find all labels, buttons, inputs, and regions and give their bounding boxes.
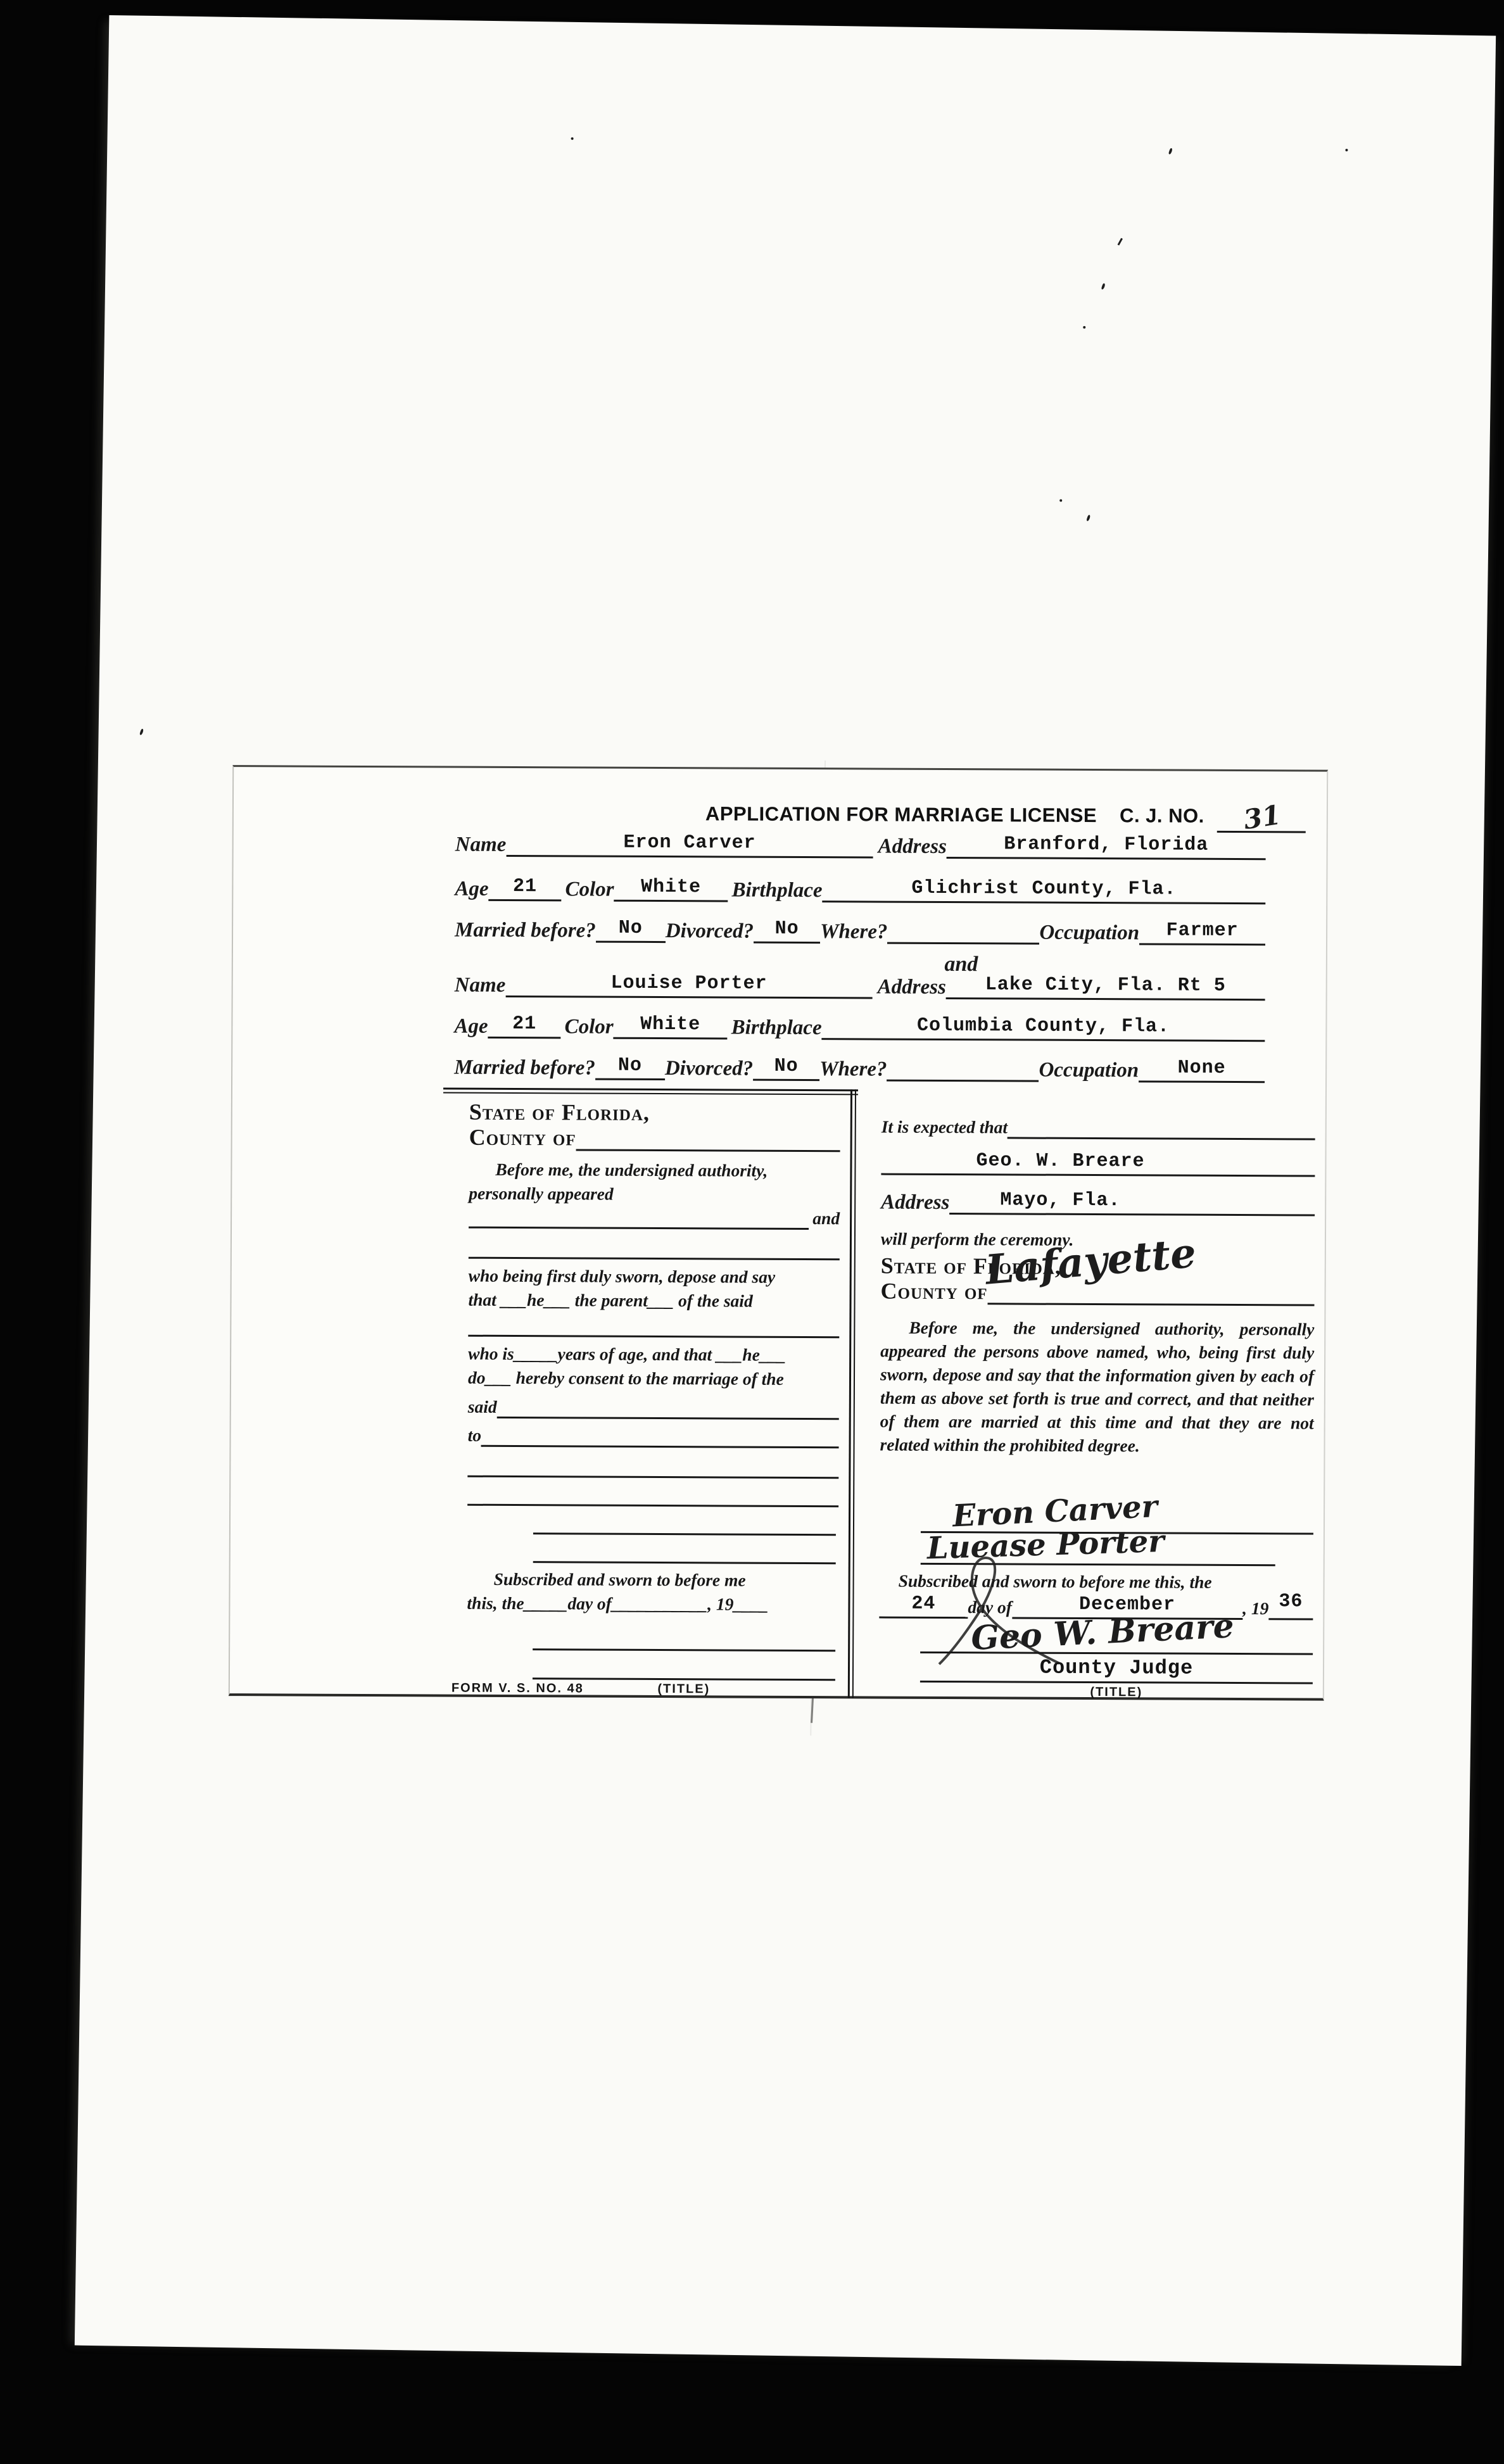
applicant2-address: Lake City, Fla. Rt 5 [985,974,1226,997]
applicant2-divorced: No [774,1056,799,1077]
name-label: Name [455,833,507,857]
case-number-field: 31 [1217,798,1306,833]
address-label: Address [878,835,947,859]
left-said-label: said [468,1395,497,1418]
left-title-caption: (TITLE) [533,1681,835,1697]
applicant2-age-row: Age 21 Color White Birthplace Columbia C… [454,1013,1265,1042]
left-state-heading: State of Florida, [469,1099,650,1126]
left-paragraph-line1: Before me, the undersigned authority, [469,1158,842,1183]
left-to-label: to [468,1424,482,1447]
name-label: Name [455,974,506,997]
left-county-label: County of [469,1124,576,1151]
section-top-rule [443,1088,858,1096]
dust-speck [1086,515,1090,522]
left-blank-and-row: and [469,1205,840,1230]
applicant1-divorced: No [775,918,799,940]
left-said-row: said [468,1395,839,1420]
dust-speck [1059,499,1062,502]
applicant2-color: White [640,1014,700,1035]
applicant1-age: 21 [513,876,537,897]
name-field: Louise Porter [505,972,873,999]
right-expected-row: It is expected that [882,1115,1315,1140]
color-field: White [614,876,728,902]
right-address-row: Address Mayo, Fla. [881,1189,1315,1216]
form-title: APPLICATION FOR MARRIAGE LICENSE [705,802,1097,827]
occupation-label: Occupation [1039,1059,1139,1083]
left-and-word: and [812,1206,840,1230]
expected-field [1008,1120,1315,1140]
age-field: 21 [488,876,561,902]
left-paragraph-line4: that ___he___ the parent___ of the said [468,1288,752,1313]
married-before-label: Married before? [455,919,596,943]
right-title-caption: (TITLE) [920,1684,1313,1701]
applicant2-birthplace: Columbia County, Fla. [917,1015,1170,1038]
sworn-day: 24 [911,1593,935,1615]
where-field [887,1056,1039,1082]
officiant-address: Mayo, Fla. [1000,1189,1120,1211]
where-field [887,919,1039,945]
officiant-name: Geo. W. Breare [976,1150,1144,1172]
left-county-field [576,1132,840,1152]
case-number-label: C. J. NO. [1120,804,1204,828]
blank-line-indented [533,1648,835,1652]
left-date-line: this, the_____day of___________, 19____ [467,1591,768,1616]
applicant1-occupation: Farmer [1166,920,1239,942]
occupation-field: None [1139,1057,1265,1083]
address-label: Address [878,976,946,999]
scanned-paper: APPLICATION FOR MARRIAGE LICENSE C. J. N… [75,15,1496,2366]
officiant-field: Geo. W. Breare [881,1150,1315,1177]
marriage-license-form-card: APPLICATION FOR MARRIAGE LICENSE C. J. N… [229,765,1328,1701]
age-label: Age [454,1015,488,1039]
expected-label: It is expected that [882,1115,1008,1139]
judge-title-line [920,1681,1313,1684]
applicant1-married: No [619,918,643,939]
address-field: Branford, Florida [947,833,1266,860]
applicant1-address: Branford, Florida [1004,833,1208,856]
applicant1-married-row: Married before? No Divorced? No Where? O… [455,917,1265,946]
blank-line-indented [533,1677,835,1681]
officiant-address-label: Address [881,1191,949,1215]
applicant2-married-row: Married before? No Divorced? No Where? O… [454,1054,1265,1084]
year-prefix-label: , 19 [1242,1596,1268,1620]
left-paragraph-line2: personally appeared [469,1182,614,1206]
color-label: Color [565,878,614,901]
blank-line [468,1335,839,1339]
blank-line-indented [533,1561,836,1564]
age-label: Age [455,878,488,901]
divorced-label: Divorced? [665,1057,753,1081]
blank-line-indented [533,1532,836,1536]
divorced-field: No [754,918,820,944]
blank-line [467,1475,838,1479]
blank-line [467,1504,838,1508]
applicant2-married: No [618,1055,642,1077]
occupation-label: Occupation [1039,921,1139,945]
applicant2-age: 21 [512,1013,536,1035]
occupation-field: Farmer [1139,919,1265,945]
dust-speck [1101,283,1106,290]
applicant1-name-row: Name Eron Carver Address Branford, Flori… [455,831,1266,861]
color-field: White [614,1014,728,1040]
dust-speck [1083,326,1085,329]
dust-speck [1168,148,1173,155]
applicant2-name: Louise Porter [610,973,767,995]
dust-speck [1118,238,1123,246]
married-field: No [596,918,666,943]
birthplace-field: Glichrist County, Fla. [823,877,1266,904]
officiant-address-field: Mayo, Fla. [949,1189,1315,1216]
blank-line [469,1257,840,1261]
judge-title: County Judge [920,1655,1313,1681]
blank-line [469,1207,809,1230]
birthplace-field: Columbia County, Fla. [822,1014,1265,1042]
applicant1-color: White [641,876,701,898]
applicant2-name-row: Name Louise Porter Address Lake City, Fl… [455,972,1265,1001]
where-label: Where? [819,1058,887,1081]
applicant1-age-row: Age 21 Color White Birthplace Glichrist … [455,876,1265,905]
where-label: Where? [820,920,888,944]
right-officiant-row: Geo. W. Breare [881,1150,1315,1177]
age-field: 21 [488,1013,561,1039]
applicant1-birthplace: Glichrist County, Fla. [911,878,1176,900]
dust-speck [1345,149,1348,151]
right-affidavit-paragraph: Before me, the undersigned authority, pe… [880,1316,1314,1458]
divorced-field: No [753,1056,819,1081]
right-county-label: County of [881,1278,988,1305]
left-paragraph-line3: who being first duly sworn, depose and s… [469,1264,776,1289]
applicant2-occupation: None [1178,1058,1226,1079]
dust-speck [139,728,144,735]
applicant1-name: Eron Carver [623,832,755,854]
column-divider-rule [848,1089,856,1698]
married-before-label: Married before? [454,1056,595,1080]
left-paragraph-line5: who is_____years of age, and that ___he_… [468,1342,786,1367]
year-field: 36 [1268,1595,1313,1620]
to-field [481,1428,839,1448]
married-field: No [595,1055,665,1080]
case-number-handwritten: 31 [1241,799,1282,835]
said-field [497,1399,839,1420]
left-subscribed-line: Subscribed and sworn to before me [467,1567,746,1592]
birthplace-label: Birthplace [731,1016,822,1040]
sworn-year: 36 [1279,1591,1303,1612]
name-field: Eron Carver [506,831,873,859]
color-label: Color [565,1015,614,1039]
form-header: APPLICATION FOR MARRIAGE LICENSE C. J. N… [705,795,1306,833]
left-to-row: to [468,1424,839,1449]
birthplace-label: Birthplace [731,879,822,903]
address-field: Lake City, Fla. Rt 5 [946,974,1265,1001]
left-paragraph-line6: do___ hereby consent to the marriage of … [468,1366,784,1391]
divorced-label: Divorced? [666,919,754,944]
left-county-row: County of [469,1124,840,1153]
dust-speck [571,137,574,140]
